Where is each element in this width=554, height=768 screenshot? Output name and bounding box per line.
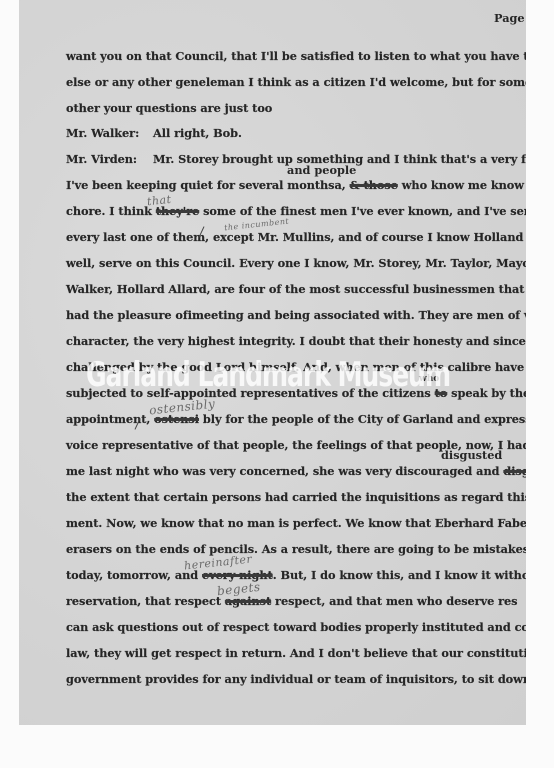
transcript-line: I've been keeping quiet for several mont… <box>66 178 526 192</box>
line-text: respect, and that men who deserve res <box>271 594 517 608</box>
line-text: today, tomorrow, and <box>66 568 202 582</box>
transcript-line: Walker, Hollard Allard, are four of the … <box>66 282 526 296</box>
line-text: ment. Now, we know that no man is perfec… <box>66 516 526 530</box>
transcript-line: ment. Now, we know that no man is perfec… <box>66 516 526 530</box>
page-number: Page 5 <box>494 11 526 25</box>
line-text: reservation, that respect <box>66 594 225 608</box>
line-text: can ask questions out of respect toward … <box>66 620 526 634</box>
transcript-line: chore. I think they're some of the fines… <box>66 204 526 218</box>
transcript-line: other your questions are just too <box>66 101 272 115</box>
transcript-line: well, serve on this Council. Every one I… <box>66 256 526 270</box>
line-text: other your questions are just too <box>66 101 272 115</box>
line-text: . But, I do know this, and I know it wit… <box>273 568 526 582</box>
transcript-line: erasers on the ends of pencils. As a res… <box>66 542 526 556</box>
line-text: speak by their own s <box>447 386 526 400</box>
line-text: government provides for any individual o… <box>66 672 526 686</box>
speaker-label: Mr. Walker: <box>66 126 153 140</box>
transcript-line: else or any other geneleman I think as a… <box>66 75 526 89</box>
line-text: erasers on the ends of pencils. As a res… <box>66 542 526 556</box>
transcript-line: had the pleasure ofimeeting and being as… <box>66 308 526 322</box>
struck-text: & those <box>350 178 398 192</box>
line-text: had the pleasure ofimeeting and being as… <box>66 308 526 322</box>
struck-text: every night <box>202 568 273 582</box>
transcript-line: Mr. Walker:All right, Bob. <box>66 126 242 140</box>
line-text: chore. I think <box>66 204 156 218</box>
transcript-line: every last one of them, except Mr. Mulli… <box>66 230 526 244</box>
line-text: every last one of them, except Mr. Mulli… <box>66 230 526 244</box>
scanned-page: Page 5 want you on that Council, that I'… <box>19 0 526 725</box>
line-text: bly for the people of the City of Garlan… <box>199 412 526 426</box>
transcript-line: character, the very highest integrity. I… <box>66 334 526 348</box>
transcript-line: the extent that certain persons had carr… <box>66 490 526 504</box>
handwritten-that: that <box>146 193 172 208</box>
line-text: I've been keeping quiet for several mont… <box>66 178 350 192</box>
line-text: who know me know that's qui <box>398 178 526 192</box>
transcript-line: law, they will get respect in return. An… <box>66 646 526 660</box>
line-text: law, they will get respect in return. An… <box>66 646 526 660</box>
line-text: me last night who was very concerned, sh… <box>66 464 503 478</box>
typed-insert-and-people: and people <box>287 163 356 177</box>
typed-insert-disgusted: disgusted <box>441 448 502 462</box>
transcript-line: government provides for any individual o… <box>66 672 526 686</box>
line-text: well, serve on this Council. Every one I… <box>66 256 526 270</box>
transcript-line: want you on that Council, that I'll be s… <box>66 49 526 63</box>
watermark: Garland Landmark Museum <box>86 355 450 395</box>
line-text: the extent that certain persons had carr… <box>66 490 526 504</box>
transcript-line: can ask questions out of respect toward … <box>66 620 526 634</box>
transcript-line: appointment, ostensi bly for the people … <box>66 412 526 426</box>
line-text: some of the finest men I've ever known, … <box>199 204 526 218</box>
line-text: character, the very highest integrity. I… <box>66 334 526 348</box>
transcript-line: today, tomorrow, and every night. But, I… <box>66 568 526 582</box>
line-text: appointment, <box>66 412 154 426</box>
line-text: else or any other geneleman I think as a… <box>66 75 526 89</box>
line-text: Walker, Hollard Allard, are four of the … <box>66 282 526 296</box>
line-text: All right, Bob. <box>153 126 242 140</box>
speaker-label: Mr. Virden: <box>66 152 153 166</box>
line-text: want you on that Council, that I'll be s… <box>66 49 526 63</box>
transcript-line: reservation, that respect against respec… <box>66 594 517 608</box>
struck-text: disgusted <box>503 464 526 478</box>
transcript-line: me last night who was very concerned, sh… <box>66 464 526 478</box>
